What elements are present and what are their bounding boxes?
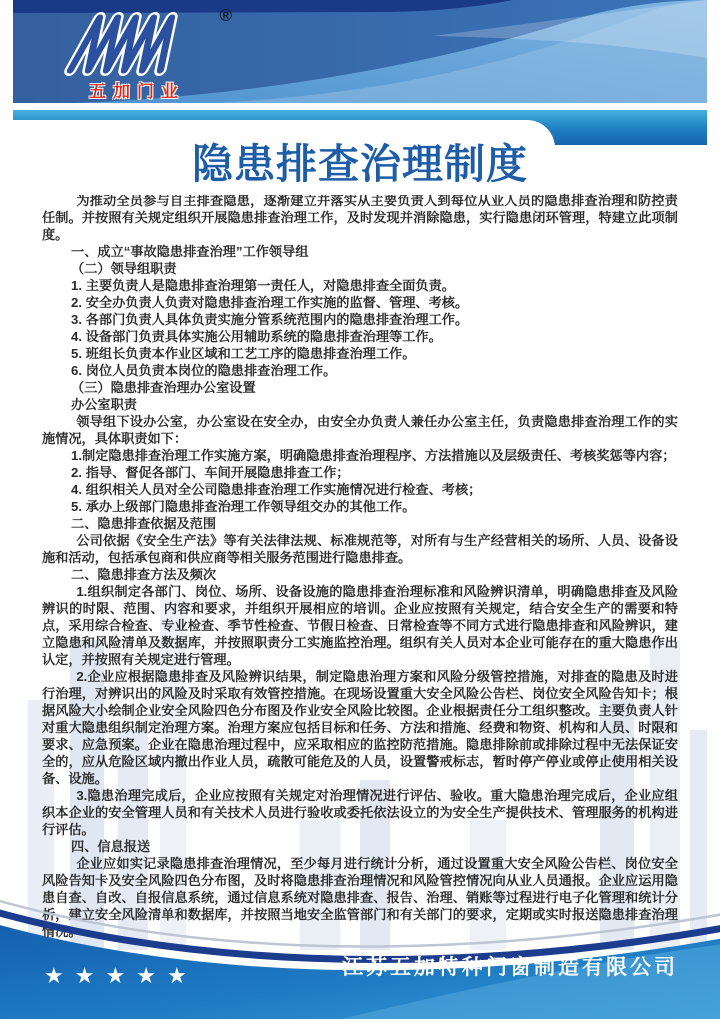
rating-stars: ★★★★★ <box>44 963 198 989</box>
body-line: （二）领导组职责 <box>42 260 678 277</box>
body-paragraph: 领导组下设办公室，办公室设在安全办，由安全办负责人兼任办公室主任，负责隐患排查治… <box>42 413 678 447</box>
body-line: 4. 组织相关人员对全公司隐患排查治理工作实施情况进行检查、考核； <box>42 481 678 498</box>
company-name: 江苏五加特种门窗制造有限公司 <box>342 951 678 981</box>
body-text: 为推动全员参与自主排查隐患，逐渐建立并落实从主要负责人到每位从业人员的隐患排查治… <box>42 192 678 940</box>
body-line: 办公室职责 <box>42 396 678 413</box>
body-paragraph: 公司依据《安全生产法》等有关法律法规、标准规范等，对所有与生产经营相关的场所、人… <box>42 532 678 566</box>
star-icon: ★ <box>44 963 75 988</box>
wujia-logo-mark <box>56 10 206 76</box>
star-icon: ★ <box>75 963 106 988</box>
body-line: 四、信息报送 <box>42 838 678 855</box>
body-paragraph: 2.企业应根据隐患排查及风险辨识结果，制定隐患治理方案和风险分级管控措施，对排查… <box>42 668 678 787</box>
body-line: 3. 各部门负责人具体负责实施分管系统范围内的隐患排查治理工作。 <box>42 311 678 328</box>
body-line: 5. 班组长负责本作业区域和工艺工序的隐患排查治理工作。 <box>42 345 678 362</box>
body-line: 2. 安全办负责人负责对隐患排查治理工作实施的监督、管理、考核。 <box>42 294 678 311</box>
body-line: （三）隐患排查治理办公室设置 <box>42 379 678 396</box>
star-icon: ★ <box>167 963 198 988</box>
body-line: 6. 岗位人员负责本岗位的隐患排查治理工作。 <box>42 362 678 379</box>
divider-stripe <box>13 103 707 110</box>
body-paragraph: 为推动全员参与自主排查隐患，逐渐建立并落实从主要负责人到每位从业人员的隐患排查治… <box>42 192 678 243</box>
body-line: 二、隐患排查依据及范围 <box>42 515 678 532</box>
body-paragraph: 3.隐患治理完成后，企业应按照有关规定对治理情况进行评估、验收。重大隐患治理完成… <box>42 787 678 838</box>
body-paragraph: 1.组织制定各部门、岗位、场所、设备设施的隐患排查治理标准和风险辨识清单，明确隐… <box>42 583 678 668</box>
star-icon: ★ <box>136 963 167 988</box>
body-line: 二、隐患排查方法及频次 <box>42 566 678 583</box>
logo-brand-text: 五加门业 <box>42 77 232 102</box>
body-line: 2. 指导、督促各部门、车间开展隐患排查工作； <box>42 464 678 481</box>
wujia-logo: ® 五加门业 <box>42 6 232 102</box>
body-line: 1.制定隐患排查治理工作实施方案，明确隐患排查治理程序、方法措施以及层级责任、考… <box>42 447 678 464</box>
star-icon: ★ <box>105 963 136 988</box>
page-title: 隐患排查治理制度 <box>0 131 720 190</box>
body-line: 1. 主要负责人是隐患排查治理第一责任人，对隐患排查全面负责。 <box>42 277 678 294</box>
document-page: ® 五加门业 隐患排查治理制度 为推动全员参与自主排查隐患，逐渐建立并落实从主要… <box>0 0 720 1019</box>
body-line: 一、成立“事故隐患排查治理”工作领导组 <box>42 243 678 260</box>
registered-trademark-icon: ® <box>219 6 232 26</box>
body-line: 4. 设备部门负责具体实施公用辅助系统的隐患排查治理等工作。 <box>42 328 678 345</box>
body-line: 5. 承办上级部门隐患排查治理工作领导组交办的其他工作。 <box>42 498 678 515</box>
